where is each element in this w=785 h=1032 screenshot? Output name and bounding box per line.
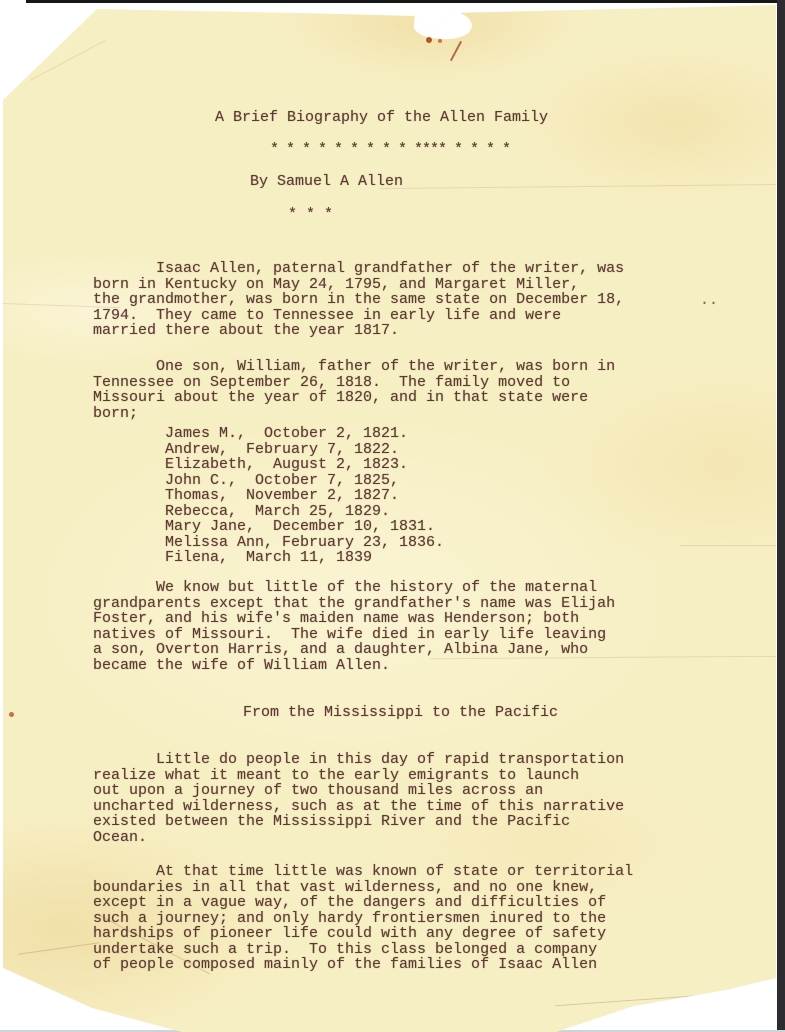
paragraph-william: One son, William, father of the writer, … xyxy=(93,359,615,421)
rust-spot xyxy=(426,37,432,43)
document-title: A Brief Biography of the Allen Family xyxy=(215,110,548,126)
scanner-edge-top xyxy=(26,0,785,3)
byline: By Samuel A Allen xyxy=(250,174,403,190)
paper-sheet: A Brief Biography of the Allen Family * … xyxy=(0,0,785,1032)
crease-line xyxy=(555,989,785,1006)
paragraph-intro: Isaac Allen, paternal grandfather of the… xyxy=(93,261,624,339)
section-heading: From the Mississippi to the Pacific xyxy=(243,705,558,721)
scanned-page: A Brief Biography of the Allen Family * … xyxy=(0,0,785,1032)
rust-spot xyxy=(438,39,442,43)
scanner-edge-right xyxy=(777,0,785,1032)
rust-scratch xyxy=(450,41,462,61)
children-birth-list: James M., October 2, 1821. Andrew, Febru… xyxy=(165,426,444,566)
paragraph-frontier: At that time little was known of state o… xyxy=(93,864,633,973)
crease-line xyxy=(30,40,106,81)
asterisk-divider-small: * * * xyxy=(288,207,333,223)
paragraph-maternal: We know but little of the history of the… xyxy=(93,580,615,673)
asterisk-divider: * * * * * * * * * **** * * * * xyxy=(270,142,510,158)
crease-line xyxy=(680,545,785,546)
crease-line xyxy=(380,184,785,189)
tear-patch xyxy=(413,6,474,42)
stain-dot xyxy=(9,712,14,717)
paragraph-transportation: Little do people in this day of rapid tr… xyxy=(93,752,624,845)
stray-mark: .. xyxy=(700,293,718,309)
crease-line xyxy=(18,942,99,954)
